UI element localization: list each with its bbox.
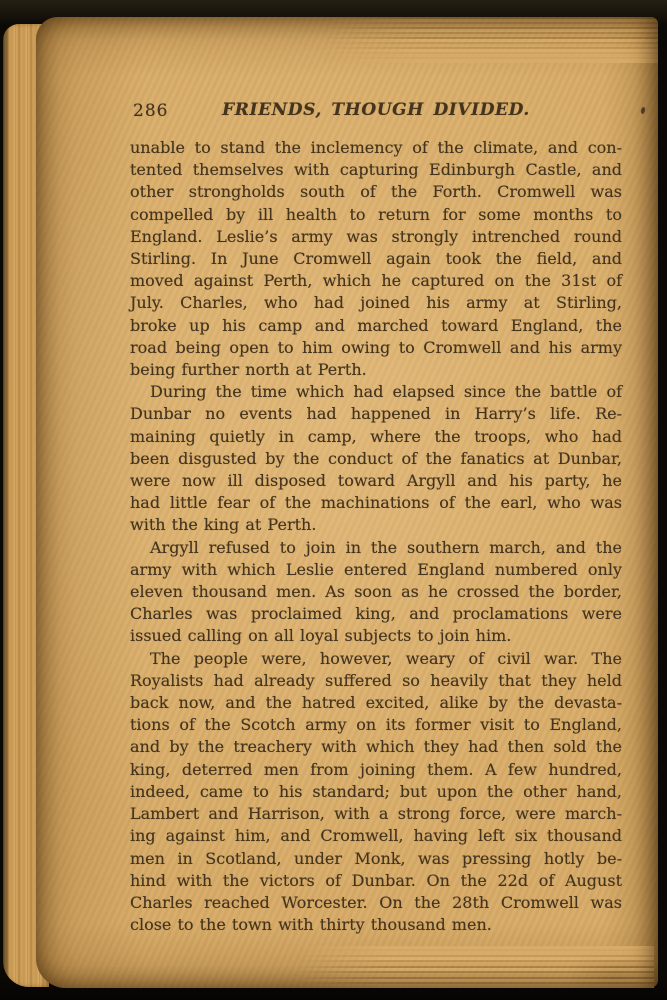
text-line: England. Leslie’s army was strongly intr… (130, 226, 622, 248)
page-header: 286 FRIENDS, THOUGH DIVIDED. (130, 100, 622, 124)
text-line: tented themselves with capturing Edinbur… (130, 159, 622, 181)
text-line: army with which Leslie entered England n… (130, 559, 622, 581)
text-line: indeed, came to his standard; but upon t… (130, 781, 622, 803)
text-line: back now, and the hatred excited, alike … (130, 692, 622, 714)
page-edge-stack-top-right (324, 17, 658, 63)
book-page: 286 FRIENDS, THOUGH DIVIDED. unable to s… (36, 17, 658, 988)
text-line: king, deterred men from joining them. A … (130, 759, 622, 781)
text-line: eleven thousand men. As soon as he cross… (130, 581, 622, 603)
text-line: being further north at Perth. (130, 359, 622, 381)
text-line: ing against him, and Cromwell, having le… (130, 825, 622, 847)
text-line: other strongholds south of the Forth. Cr… (130, 181, 622, 203)
text-line: broke up his camp and marched toward Eng… (130, 315, 622, 337)
text-line: Charles reached Worcester. On the 28th C… (130, 892, 622, 914)
text-line: Royalists had already suffered so heavil… (130, 670, 622, 692)
text-line: unable to stand the inclemency of the cl… (130, 137, 622, 159)
text-line: During the time which had elapsed since … (130, 381, 622, 403)
text-line: Dunbar no events had happened in Harry’s… (130, 403, 622, 425)
page-number: 286 (133, 101, 168, 121)
ink-speck (640, 107, 646, 115)
text-line: moved against Perth, which he captured o… (130, 270, 622, 292)
text-line: men in Scotland, under Monk, was pressin… (130, 848, 622, 870)
book-photo: 286 FRIENDS, THOUGH DIVIDED. unable to s… (0, 0, 667, 1000)
text-line: had little fear of the machinations of t… (130, 492, 622, 514)
text-line: and by the treachery with which they had… (130, 736, 622, 758)
text-line: tions of the Scotch army on its former v… (130, 714, 622, 736)
text-line: compelled by ill health to return for so… (130, 204, 622, 226)
text-line: with the king at Perth. (130, 514, 622, 536)
running-title: FRIENDS, THOUGH DIVIDED. (130, 100, 622, 120)
text-line: Argyll refused to join in the southern m… (130, 537, 622, 559)
text-line: maining quietly in camp, where the troop… (130, 426, 622, 448)
text-line: issued calling on all loyal subjects to … (130, 625, 622, 647)
text-line: been disgusted by the conduct of the fan… (130, 448, 622, 470)
text-line: The people were, however, weary of civil… (130, 648, 622, 670)
text-line: were now ill disposed toward Argyll and … (130, 470, 622, 492)
text-line: hind with the victors of Dunbar. On the … (130, 870, 622, 892)
text-line: close to the town with thirty thousand m… (130, 914, 622, 936)
page-edge-stack-bottom-right (298, 946, 654, 988)
text-line: Lambert and Harrison, with a strong forc… (130, 803, 622, 825)
text-line: July. Charles, who had joined his army a… (130, 292, 622, 314)
text-block: unable to stand the inclemency of the cl… (130, 137, 622, 936)
text-line: Charles was proclaimed king, and proclam… (130, 603, 622, 625)
text-line: road being open to him owing to Cromwell… (130, 337, 622, 359)
text-line: Stirling. In June Cromwell again took th… (130, 248, 622, 270)
